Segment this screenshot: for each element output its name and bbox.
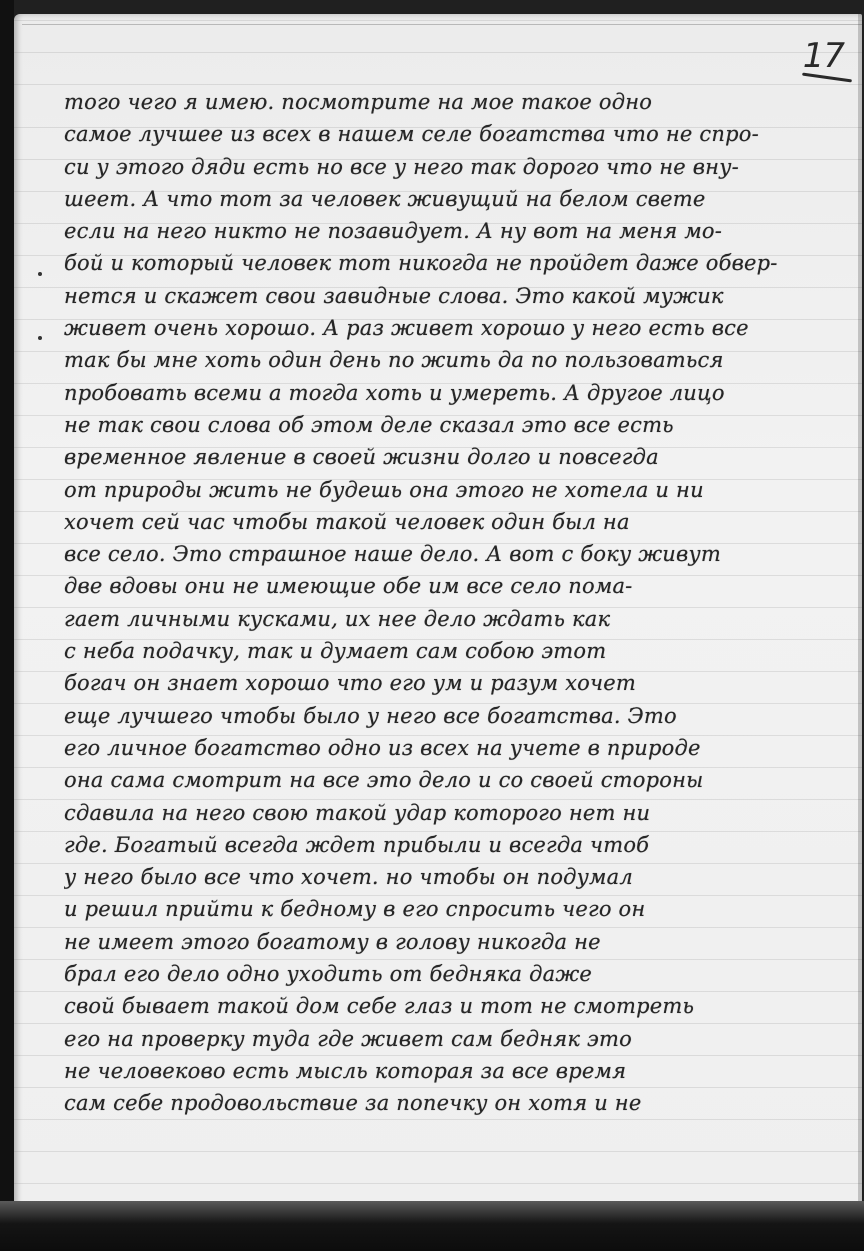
text-line: у него было все что хочет. но чтобы он п… — [64, 861, 854, 893]
top-rule-line — [22, 24, 862, 25]
text-line: хочет сей час чтобы такой человек один б… — [64, 506, 854, 538]
text-line: его личное богатство одно из всех на уче… — [64, 732, 854, 764]
text-line: с неба подачку, так и думает сам собою э… — [64, 635, 854, 667]
text-line: еще лучшего чтобы было у него все богатс… — [64, 700, 854, 732]
text-line: самое лучшее из всех в нашем селе богатс… — [64, 118, 854, 150]
page-right-edge — [858, 14, 862, 1209]
text-line: не человеково есть мысль которая за все … — [64, 1055, 854, 1087]
text-line: две вдовы они не имеющие обе им все село… — [64, 570, 854, 602]
text-line: нется и скажет свои завидные слова. Это … — [64, 280, 854, 312]
text-line: не так свои слова об этом деле сказал эт… — [64, 409, 854, 441]
text-line: того чего я имею. посмотрите на мое тако… — [64, 86, 854, 118]
text-line: си у этого дяди есть но все у него так д… — [64, 151, 854, 183]
text-line: сам себе продовольствие за попечку он хо… — [64, 1087, 854, 1119]
text-line: и решил прийти к бедному в его спросить … — [64, 893, 854, 925]
text-line: свой бывает такой дом себе глаз и тот не… — [64, 990, 854, 1022]
text-line: не имеет этого богатому в голову никогда… — [64, 926, 854, 958]
text-line: если на него никто не позавидует. А ну в… — [64, 215, 854, 247]
text-line: живет очень хорошо. А раз живет хорошо у… — [64, 312, 854, 344]
text-line: шеет. А что тот за человек живущий на бе… — [64, 183, 854, 215]
margin-dot-mark — [38, 336, 42, 340]
manuscript-page: 17 того чего я имею. посмотрите на мое т… — [14, 14, 862, 1209]
text-line: где. Богатый всегда ждет прибыли и всегд… — [64, 829, 854, 861]
text-line: все село. Это страшное наше дело. А вот … — [64, 538, 854, 570]
text-line: от природы жить не будешь она этого не х… — [64, 474, 854, 506]
text-line: гает личными кусками, их нее дело ждать … — [64, 603, 854, 635]
scan-bottom-shadow — [0, 1201, 864, 1251]
handwritten-text-block: того чего я имею. посмотрите на мое тако… — [64, 86, 854, 1120]
text-line: его на проверку туда где живет сам бедня… — [64, 1023, 854, 1055]
text-line: пробовать всеми а тогда хоть и умереть. … — [64, 377, 854, 409]
text-line: временное явление в своей жизни долго и … — [64, 441, 854, 473]
text-line: брал его дело одно уходить от бедняка да… — [64, 958, 854, 990]
text-line: так бы мне хоть один день по жить да по … — [64, 344, 854, 376]
margin-dot-mark — [38, 272, 42, 276]
scan-left-edge — [0, 0, 14, 1251]
page-number: 17 — [803, 36, 844, 76]
text-line: богач он знает хорошо что его ум и разум… — [64, 667, 854, 699]
text-line: сдавила на него свою такой удар которого… — [64, 797, 854, 829]
text-line: она сама смотрит на все это дело и со св… — [64, 764, 854, 796]
text-line: бой и который человек тот никогда не про… — [64, 247, 854, 279]
